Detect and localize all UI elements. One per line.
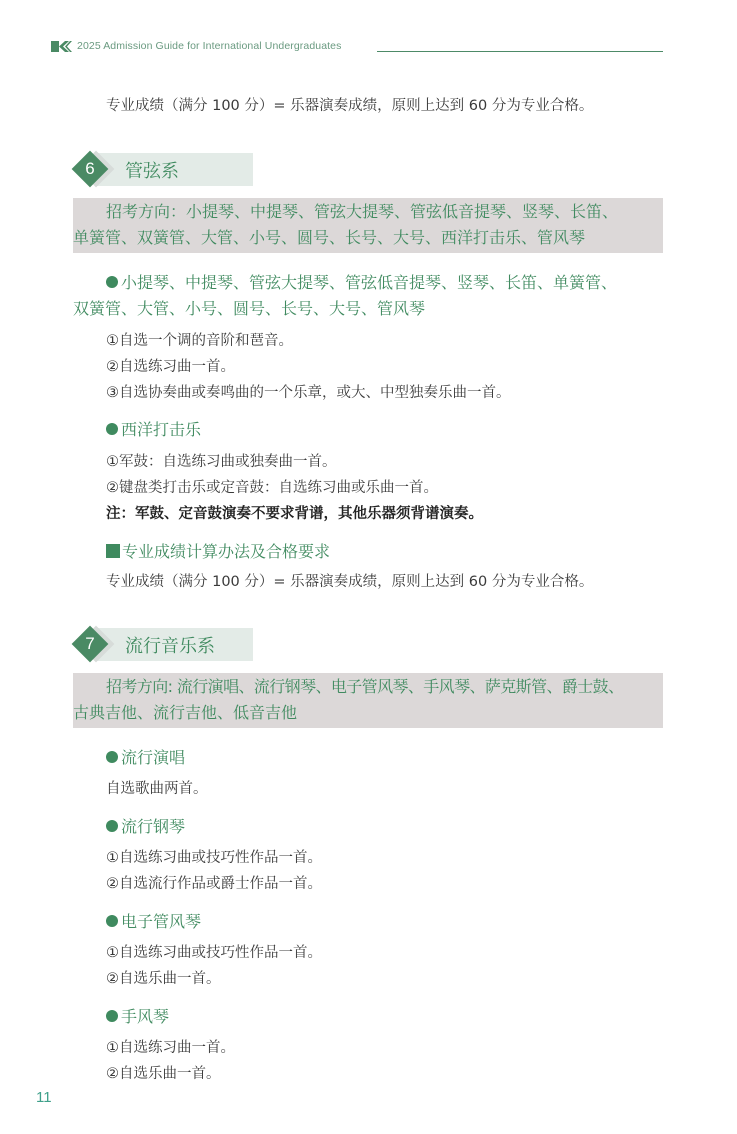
- section-number: 7: [77, 632, 103, 656]
- list-item: ③自选协奏曲或奏鸣曲的一个乐章，或大、中型独奏乐曲一首。: [106, 381, 511, 402]
- scoring-heading: 专业成绩计算办法及合格要求: [106, 539, 330, 562]
- bullet-dot-icon: [106, 915, 118, 927]
- bullet-dot-icon: [106, 276, 118, 288]
- directions-line-1: 招考方向：小提琴、中提琴、管弦大提琴、管弦低音提琴、竖琴、长笛、: [73, 199, 663, 225]
- group-title: 电子管风琴: [121, 912, 201, 931]
- list-item: ②自选练习曲一首。: [106, 355, 235, 376]
- list-item: ②自选流行作品或爵士作品一首。: [106, 872, 322, 893]
- bullet-dot-icon: [106, 820, 118, 832]
- directions-line-1: 招考方向: 流行演唱、流行钢琴、电子管风琴、手风琴、萨克斯管、爵士鼓、: [73, 674, 663, 700]
- section-heading-7: 7 流行音乐系: [73, 626, 255, 662]
- directions-box-7: 招考方向: 流行演唱、流行钢琴、电子管风琴、手风琴、萨克斯管、爵士鼓、 古典吉他…: [73, 673, 663, 728]
- list-item: ①军鼓：自选练习曲或独奏曲一首。: [106, 450, 337, 471]
- header-title: 2025 Admission Guide for International U…: [77, 40, 341, 52]
- list-item: ②自选乐曲一首。: [106, 1062, 221, 1083]
- group-title: 流行演唱: [121, 748, 185, 767]
- scoring-text: 专业成绩（满分 100 分）= 乐器演奏成绩，原则上达到 60 分为专业合格。: [106, 570, 593, 591]
- list-item: ②键盘类打击乐或定音鼓：自选练习曲或乐曲一首。: [106, 476, 438, 497]
- list-item: ①自选练习曲一首。: [106, 1036, 235, 1057]
- scoring-title: 专业成绩计算办法及合格要求: [122, 542, 330, 561]
- bullet-dot-icon: [106, 751, 118, 763]
- list-item: ①自选练习曲或技巧性作品一首。: [106, 941, 322, 962]
- group-title: 手风琴: [121, 1007, 169, 1026]
- score-formula-text: 专业成绩（满分 100 分）= 乐器演奏成绩，原则上达到 60 分为专业合格。: [106, 94, 593, 115]
- group-title: 西洋打击乐: [121, 420, 201, 439]
- section-title: 管弦系: [125, 157, 179, 183]
- list-item: ①自选练习曲或技巧性作品一首。: [106, 846, 322, 867]
- group-heading-strings-winds: 小提琴、中提琴、管弦大提琴、管弦低音提琴、竖琴、长笛、单簧管、: [106, 270, 617, 293]
- running-header: 2025 Admission Guide for International U…: [51, 39, 663, 55]
- page-number: 11: [36, 1089, 52, 1106]
- group-heading-percussion: 西洋打击乐: [106, 417, 201, 440]
- section-title: 流行音乐系: [125, 632, 215, 658]
- list-item: ①自选一个调的音阶和琶音。: [106, 329, 293, 350]
- group-heading-electronic-organ: 电子管风琴: [106, 909, 201, 932]
- group-title-line-2: 双簧管、大管、小号、圆号、长号、大号、管风琴: [73, 296, 425, 319]
- list-item: ②自选乐曲一首。: [106, 967, 221, 988]
- directions-line-2: 单簧管、双簧管、大管、小号、圆号、长号、大号、西洋打击乐、管风琴: [73, 225, 663, 251]
- directions-box-6: 招考方向：小提琴、中提琴、管弦大提琴、管弦低音提琴、竖琴、长笛、 单簧管、双簧管…: [73, 198, 663, 253]
- list-item: 自选歌曲两首。: [106, 777, 208, 798]
- section-number: 6: [77, 157, 103, 181]
- note-text: 注：军鼓、定音鼓演奏不要求背谱，其他乐器须背谱演奏。: [106, 502, 483, 523]
- double-chevron-left-icon: [51, 41, 72, 52]
- bullet-dot-icon: [106, 1010, 118, 1022]
- bullet-dot-icon: [106, 423, 118, 435]
- directions-line-2: 古典吉他、流行吉他、低音吉他: [73, 700, 663, 726]
- group-heading-pop-piano: 流行钢琴: [106, 814, 185, 837]
- group-heading-accordion: 手风琴: [106, 1004, 169, 1027]
- header-rule: [377, 51, 663, 52]
- square-bullet-icon: [106, 544, 120, 558]
- group-heading-pop-vocal: 流行演唱: [106, 745, 185, 768]
- section-heading-6: 6 管弦系: [73, 151, 255, 187]
- group-title: 流行钢琴: [121, 817, 185, 836]
- group-title-line-1: 小提琴、中提琴、管弦大提琴、管弦低音提琴、竖琴、长笛、单簧管、: [121, 273, 617, 292]
